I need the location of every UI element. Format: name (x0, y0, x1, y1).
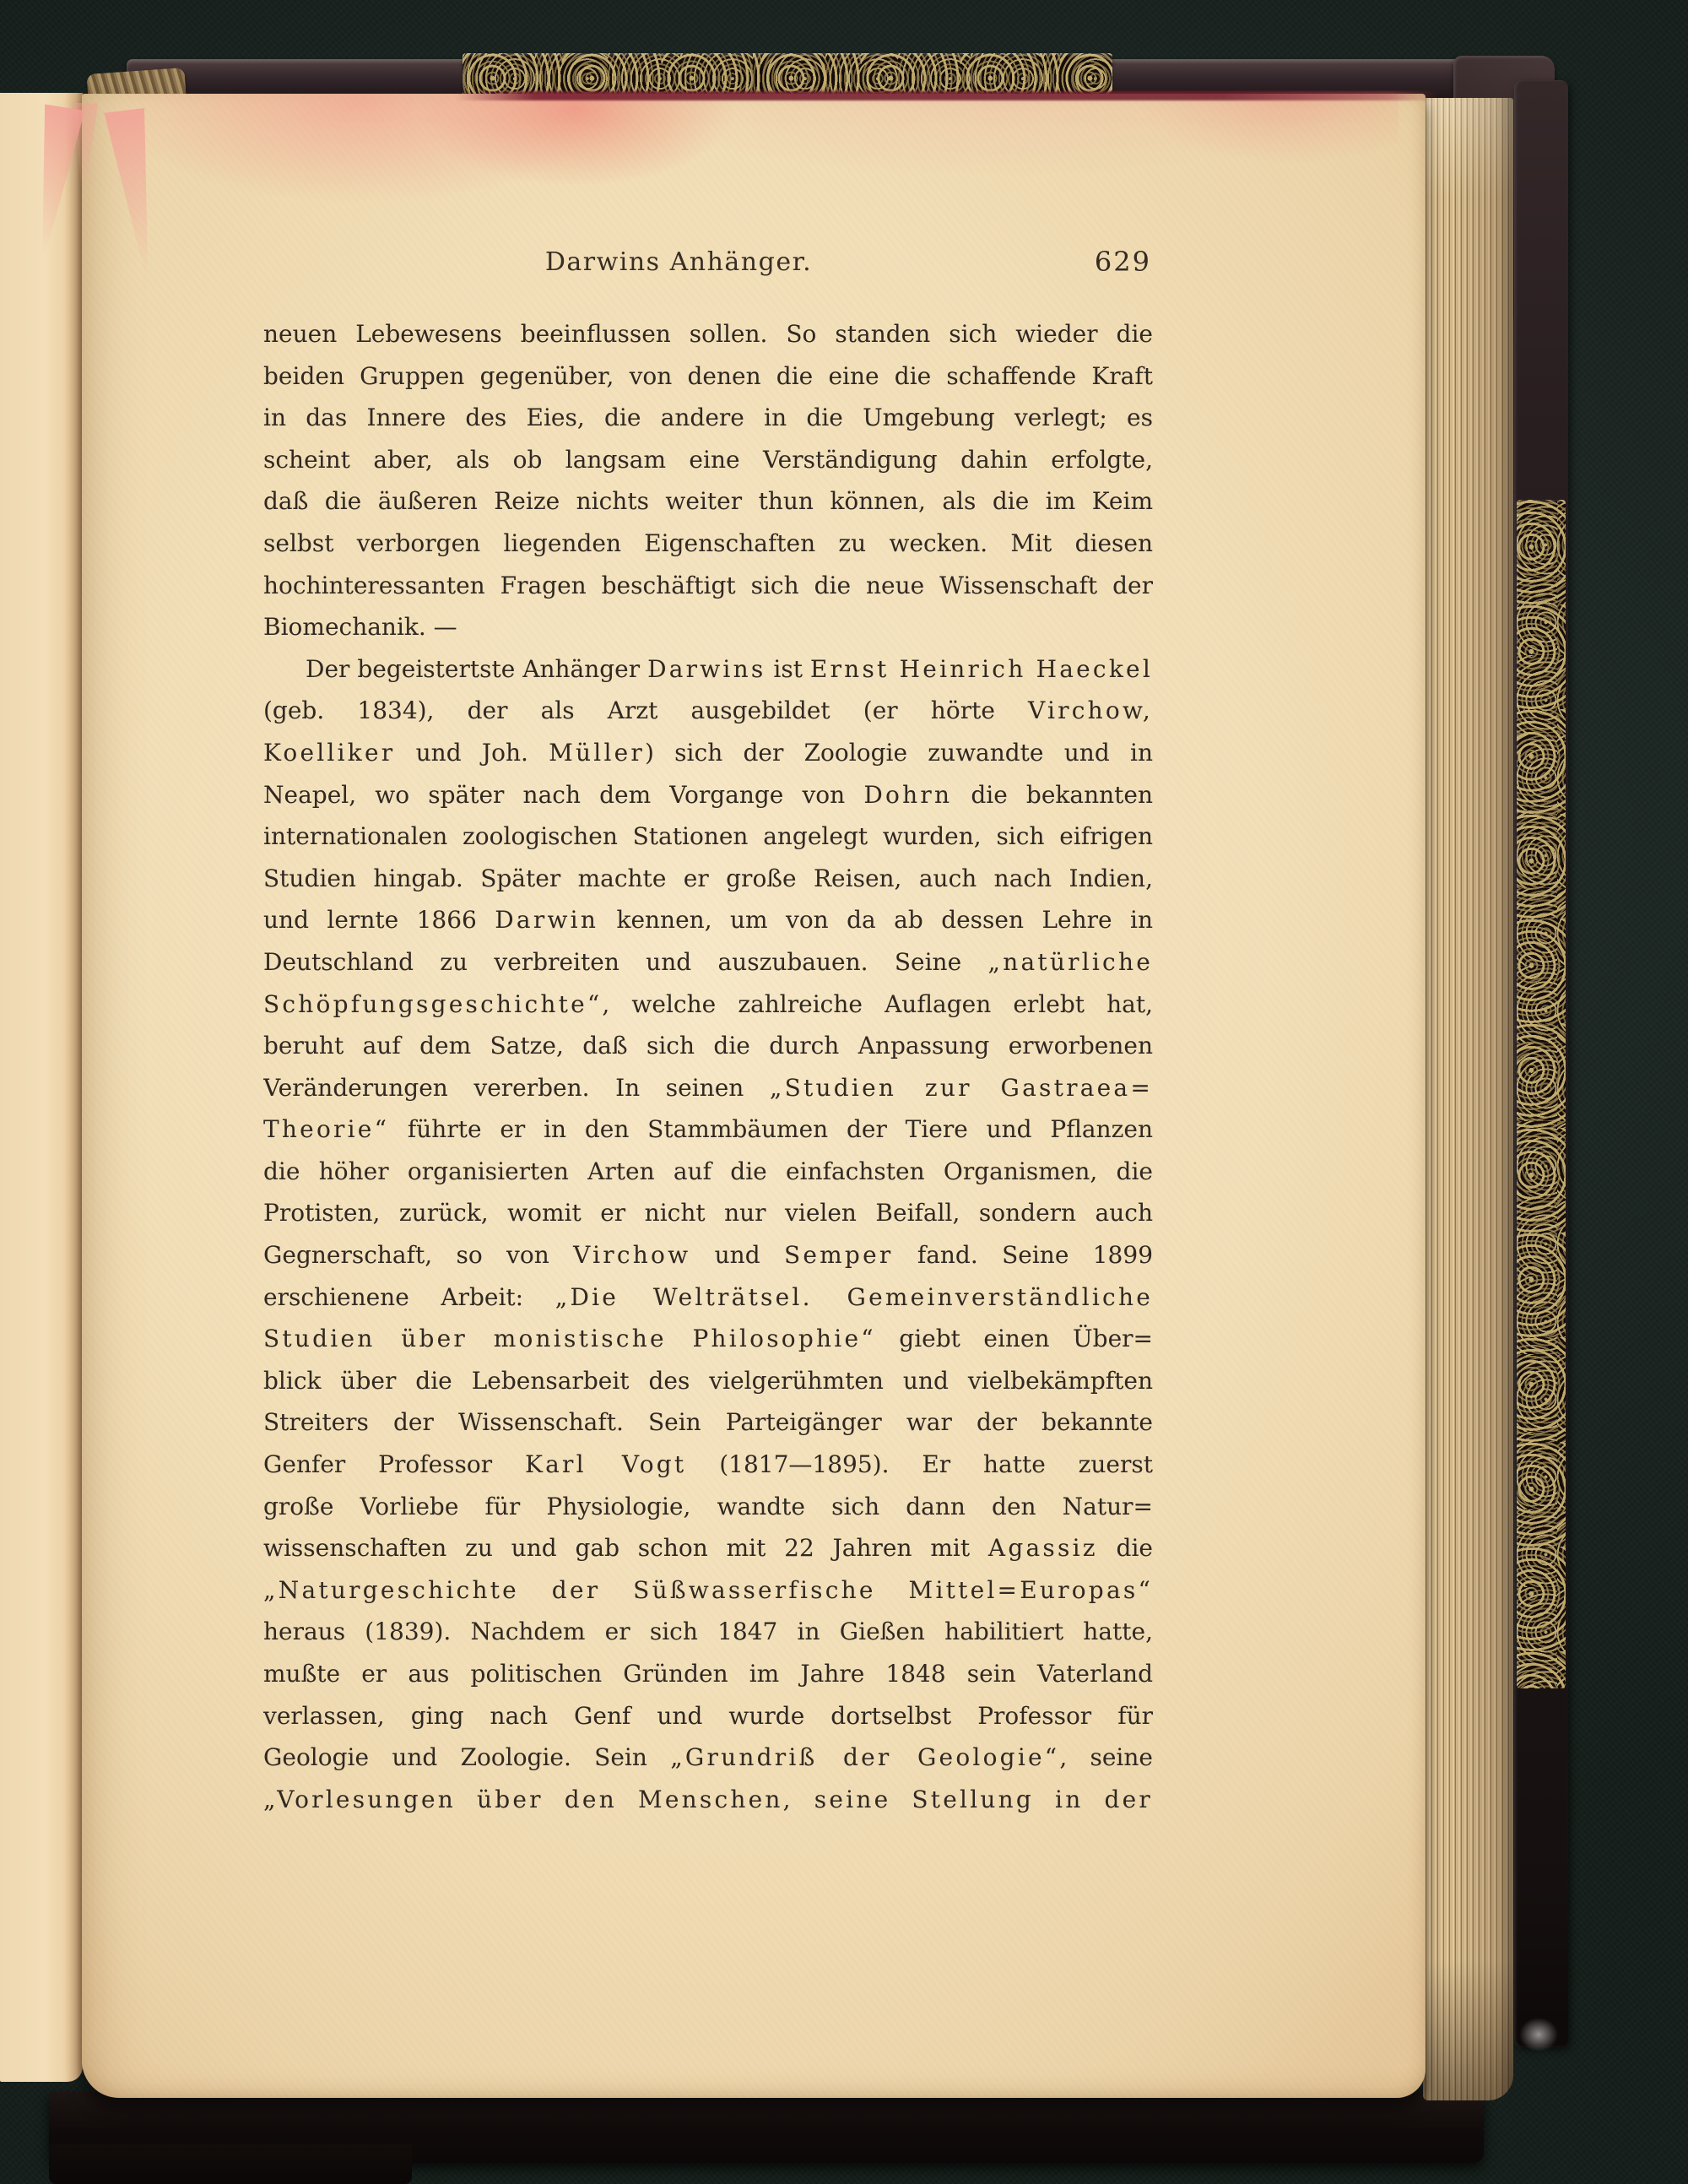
text-segment: die (1098, 1534, 1153, 1562)
text-segment: die bekannten (952, 781, 1153, 809)
text-segment: Biomechanik. — (263, 613, 457, 641)
text-segment: hochinteressanten Fragen beschäftigt sic… (263, 572, 1153, 599)
text-segment: mußte er aus politischen Gründen im Jahr… (263, 1660, 1153, 1688)
text-line: Studien hingab. Später machte er große R… (263, 858, 1153, 900)
text-line: die höher organisierten Arten auf die ei… (263, 1151, 1153, 1193)
text-line: Streiters der Wissenschaft. Sein Parteig… (263, 1401, 1153, 1444)
text-segment: ) sich der Zoologie zuwandte und in (645, 739, 1153, 767)
text-line: in das Innere des Eies, die andere in di… (263, 397, 1153, 439)
text-segment: und (690, 1241, 784, 1269)
text-line: scheint aber, als ob langsam eine Verstä… (263, 439, 1153, 481)
text-segment: erschienene Arbeit: (263, 1283, 555, 1311)
text-segment: führte er in den Stammbäumen der Tiere u… (389, 1115, 1153, 1143)
emphasized-text-segment: Dohrn (863, 781, 952, 809)
text-line: Deutschland zu verbreiten und auszubauen… (263, 941, 1153, 984)
text-line: selbst verborgen liegenden Eigenschaften… (263, 523, 1153, 565)
emphasized-text-segment: „Die Welträtsel. Gemeinverständliche (555, 1283, 1153, 1311)
body-text: neuen Lebewesens beeinflussen sollen. So… (263, 313, 1153, 1820)
fore-edge-page-stack (1423, 98, 1513, 2100)
text-segment: fand. Seine 1899 (893, 1241, 1153, 1269)
text-line: erschienene Arbeit: „Die Welträtsel. Gem… (263, 1276, 1153, 1319)
text-segment: und lernte 1866 (263, 906, 495, 934)
text-line: Geologie und Zoologie. Sein „Grundriß de… (263, 1737, 1153, 1779)
text-line: Theorie“ führte er in den Stammbäumen de… (263, 1108, 1153, 1151)
text-segment: beruht auf dem Satze, daß sich die durch… (263, 1032, 1153, 1059)
text-line: verlassen, ging nach Genf und wurde dort… (263, 1695, 1153, 1737)
emphasized-text-segment: „natürliche (987, 948, 1153, 976)
text-line: Koelliker und Joh. Müller) sich der Zool… (263, 732, 1153, 774)
text-line: Veränderungen vererben. In seinen „Studi… (263, 1067, 1153, 1109)
emphasized-text-segment: Studien über monistische Philosophie“ (263, 1325, 876, 1352)
emphasized-text-segment: Darwins (647, 655, 766, 683)
emphasized-text-segment: Ernst Heinrich Haeckel (810, 655, 1153, 683)
emphasized-text-segment: „Grundriß der Geologie“ (670, 1743, 1059, 1771)
text-line: Biomechanik. — (263, 606, 1153, 648)
text-segment: verlassen, ging nach Genf und wurde dort… (263, 1702, 1153, 1730)
running-head: Darwins Anhänger. 629 (263, 247, 1153, 286)
text-segment: Protisten, zurück, womit er nicht nur vi… (263, 1199, 1153, 1227)
leather-shine-highlight (1519, 2018, 1558, 2051)
text-line: Genfer Professor Karl Vogt (1817—1895). … (263, 1444, 1153, 1486)
text-segment: große Vorliebe für Physiologie, wandte s… (263, 1493, 1153, 1520)
text-line: wissenschaften zu und gab schon mit 22 J… (263, 1527, 1153, 1569)
emphasized-text-segment: „Naturgeschichte der Süßwasserfische Mit… (263, 1576, 1153, 1604)
text-segment: wissenschaften zu und gab schon mit 22 J… (263, 1534, 988, 1562)
text-segment: (1817—1895). Er hatte zuerst (686, 1450, 1153, 1478)
text-line: Protisten, zurück, womit er nicht nur vi… (263, 1192, 1153, 1234)
facing-page-sliver (0, 93, 83, 2082)
text-line: blick über die Lebensarbeit des vielgerü… (263, 1360, 1153, 1402)
text-segment: Geologie und Zoologie. Sein (263, 1743, 670, 1771)
text-line: beruht auf dem Satze, daß sich die durch… (263, 1025, 1153, 1067)
text-segment: internationalen zoologischen Stationen a… (263, 822, 1153, 850)
text-line: Neapel, wo später nach dem Vorgange von … (263, 774, 1153, 816)
emphasized-text-segment: Koelliker (263, 739, 395, 767)
page-number: 629 (1095, 246, 1151, 278)
text-segment: , seine (1059, 1743, 1153, 1771)
text-segment: Neapel, wo später nach dem Vorgange von (263, 781, 863, 809)
text-line: „Vorlesungen über den Menschen, seine St… (263, 1779, 1153, 1821)
text-segment: scheint aber, als ob langsam eine Verstä… (263, 446, 1153, 474)
text-segment: Genfer Professor (263, 1450, 525, 1478)
text-line: mußte er aus politischen Gründen im Jahr… (263, 1653, 1153, 1695)
text-segment: , welche zahlreiche Auflagen erlebt hat, (602, 990, 1153, 1018)
emphasized-text-segment: „Vorlesungen über den Menschen, seine St… (263, 1786, 1153, 1813)
text-segment: die höher organisierten Arten auf die ei… (263, 1157, 1153, 1185)
photo-of-open-book: Darwins Anhänger. 629 neuen Lebewesens b… (0, 0, 1688, 2184)
text-segment: daß die äußeren Reize nichts weiter thun… (263, 487, 1153, 515)
text-line: hochinteressanten Fragen beschäftigt sic… (263, 565, 1153, 607)
text-line: große Vorliebe für Physiologie, wandte s… (263, 1486, 1153, 1528)
text-line: „Naturgeschichte der Süßwasserfische Mit… (263, 1569, 1153, 1612)
text-segment: Der begeistertste Anhänger (306, 655, 647, 683)
emphasized-text-segment: Semper (784, 1241, 894, 1269)
text-line: Schöpfungsgeschichte“, welche zahlreiche… (263, 984, 1153, 1026)
emphasized-text-segment: Virchow, (1028, 696, 1153, 724)
text-segment: und Joh. (395, 739, 549, 767)
text-line: internationalen zoologischen Stationen a… (263, 816, 1153, 858)
book-cover-bottom-edge-left (49, 2144, 412, 2184)
emphasized-text-segment: Schöpfungsgeschichte“ (263, 990, 602, 1018)
emphasized-text-segment: Darwin (495, 906, 598, 934)
text-line: Der begeistertste Anhänger Darwins ist E… (263, 648, 1153, 691)
text-segment: neuen Lebewesens beeinflussen sollen. So… (263, 320, 1153, 348)
text-line: Gegnerschaft, so von Virchow und Semper … (263, 1234, 1153, 1276)
text-line: heraus (1839). Nachdem er sich 1847 in G… (263, 1611, 1153, 1653)
text-segment: Veränderungen vererben. In seinen (263, 1074, 770, 1102)
text-segment: (geb. 1834), der als Arzt ausgebildet (e… (263, 696, 1028, 724)
marbled-edge-decoration-right (1517, 500, 1566, 1688)
text-segment: blick über die Lebensarbeit des vielgerü… (263, 1367, 1153, 1395)
text-segment: Studien hingab. Später machte er große R… (263, 864, 1153, 892)
text-line: und lernte 1866 Darwin kennen, um von da… (263, 899, 1153, 941)
text-segment: ist (766, 655, 809, 683)
text-segment: selbst verborgen liegenden Eigenschaften… (263, 529, 1153, 557)
top-edge-dye-line (456, 91, 1439, 100)
emphasized-text-segment: Virchow (573, 1241, 690, 1269)
emphasized-text-segment: Karl Vogt (525, 1450, 686, 1478)
text-segment: heraus (1839). Nachdem er sich 1847 in G… (263, 1618, 1153, 1645)
emphasized-text-segment: Agassiz (988, 1534, 1098, 1562)
emphasized-text-segment: Theorie“ (263, 1115, 389, 1143)
text-segment: Streiters der Wissenschaft. Sein Parteig… (263, 1408, 1153, 1436)
text-segment: giebt einen Über= (876, 1325, 1153, 1352)
running-title: Darwins Anhänger. (263, 247, 1094, 277)
text-line: Studien über monistische Philosophie“ gi… (263, 1318, 1153, 1360)
emphasized-text-segment: „Studien zur Gastraea= (770, 1074, 1153, 1102)
text-line: (geb. 1834), der als Arzt ausgebildet (e… (263, 690, 1153, 732)
text-segment: in das Innere des Eies, die andere in di… (263, 404, 1153, 431)
text-segment: beiden Gruppen gegenüber, von denen die … (263, 362, 1153, 390)
text-segment: Deutschland zu verbreiten und auszubauen… (263, 948, 987, 976)
text-line: daß die äußeren Reize nichts weiter thun… (263, 480, 1153, 523)
emphasized-text-segment: Müller (549, 739, 645, 767)
text-segment: kennen, um von da ab dessen Lehre in (598, 906, 1153, 934)
text-line: beiden Gruppen gegenüber, von denen die … (263, 355, 1153, 398)
text-line: neuen Lebewesens beeinflussen sollen. So… (263, 313, 1153, 355)
text-segment: Gegnerschaft, so von (263, 1241, 573, 1269)
